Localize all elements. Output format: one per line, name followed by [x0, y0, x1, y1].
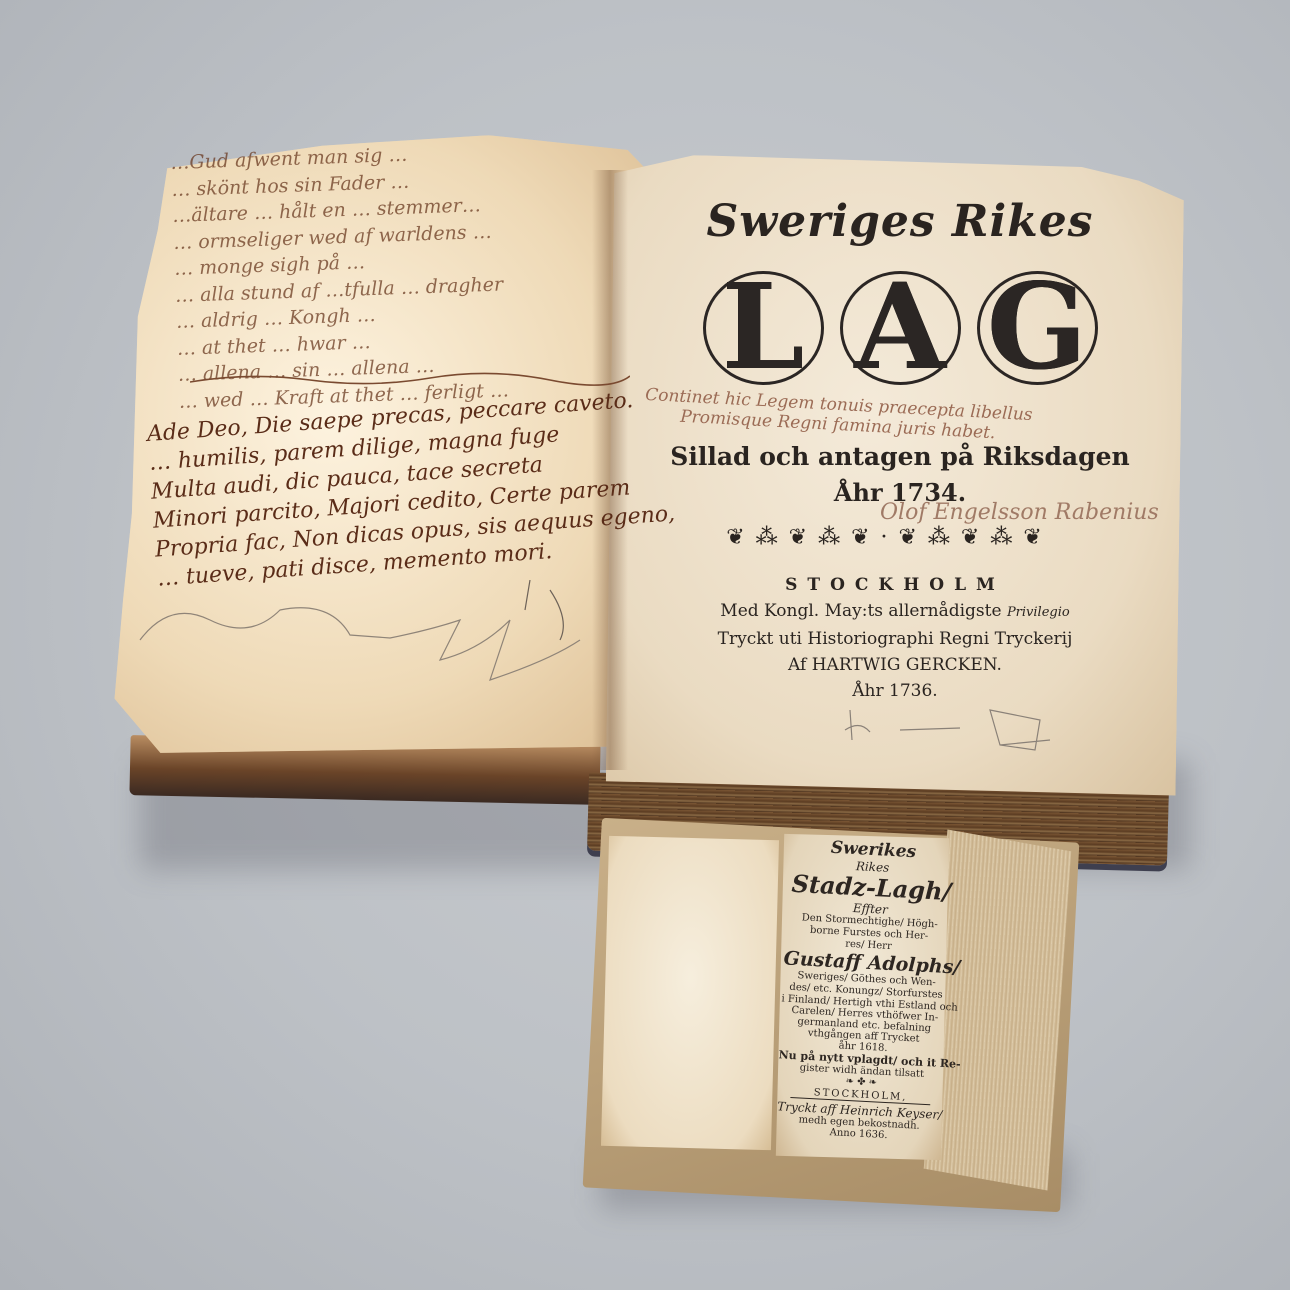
small-book-blank-page	[601, 836, 779, 1150]
imprint-printer-name: Af HARTWIG GERCKEN.	[650, 652, 1140, 678]
letter-g: G	[977, 271, 1098, 385]
owner-signature: Olof Engelsson Rabenius	[880, 500, 1159, 525]
imprint-block: STOCKHOLM Med Kongl. May:ts allernådigst…	[650, 572, 1140, 704]
subtitle-riksdagen: Sillad och antagen på Riksdagen	[630, 442, 1170, 471]
title-sweriges-rikes: Sweriges Rikes	[630, 196, 1170, 247]
letter-a: A	[840, 271, 961, 385]
pencil-drawing-icon	[840, 700, 1060, 760]
manuscript-latin-verses: Ade Deo, Die saepe precas, peccare cavet…	[146, 384, 678, 594]
imprint-city: STOCKHOLM	[650, 572, 1140, 598]
imprint-printer-line: Tryckt uti Historiographi Regni Tryckeri…	[650, 626, 1140, 652]
ornament-rule-icon: ❦ ⁂ ❦ ⁂ ❦ · ❦ ⁂ ❦ ⁂ ❦	[690, 525, 1080, 550]
title-lag-monogram: LAG	[630, 257, 1170, 396]
imprint-privilege-line: Med Kongl. May:ts allernådigste Privileg…	[650, 598, 1140, 626]
pencil-scribble-icon	[130, 580, 610, 700]
small-book-title-text: Swerikes Rikes Stadz-Lagh/ Effter Den St…	[774, 836, 957, 1144]
letter-l: L	[703, 271, 824, 385]
flourish-divider-icon	[190, 370, 630, 390]
title-heading: Sweriges Rikes LAG	[630, 196, 1170, 396]
